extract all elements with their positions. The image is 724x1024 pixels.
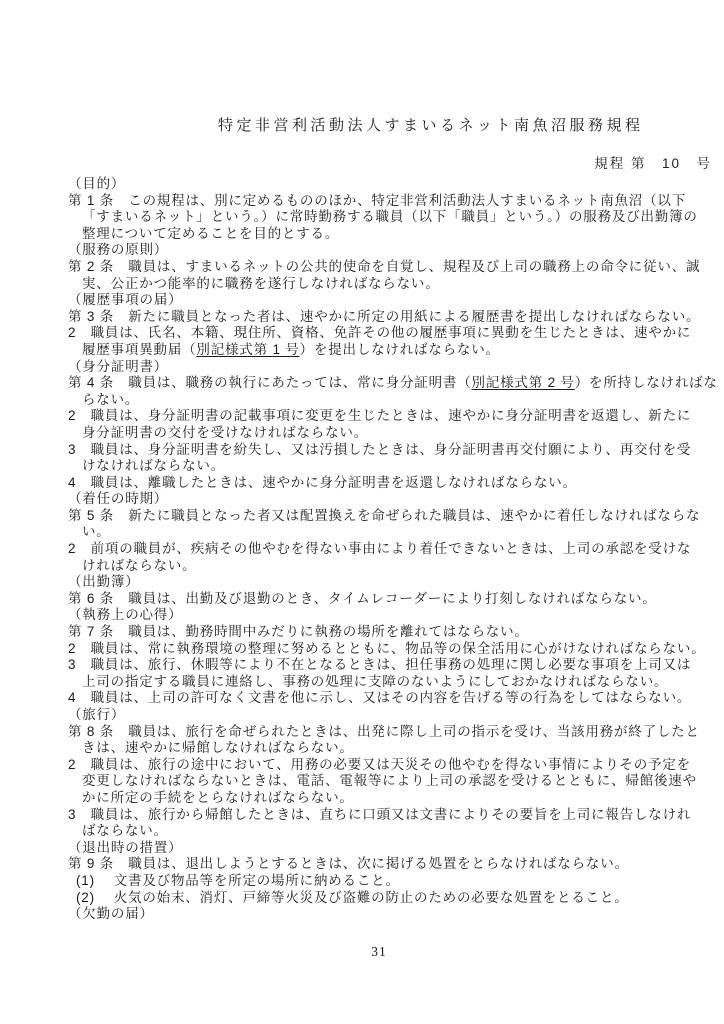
article-caption: （目的） [68, 176, 722, 193]
text-segment: かに所定の手続をとらなければならない。 [82, 790, 354, 805]
text-segment: ）を提出しなければならない。 [300, 342, 500, 357]
document-page: 特定非営利活動法人すまいるネット南魚沼服務規程 規程 第 10 号 （目的）第 … [0, 0, 724, 1024]
text-segment: 第 3 条 新たに職員となった者は、速やかに所定の用紙による履歴書を提出しなけれ… [68, 309, 700, 324]
text-segment: 第 4 条 職員は、職務の執行にあたっては、常に身分証明書（ [68, 375, 472, 390]
article-paragraph: 3 職員は、旅行から帰館したときは、直ちに口頭又は文書によりその要旨を上司に報告… [68, 807, 722, 840]
article-caption: （着任の時期） [68, 491, 722, 508]
text-segment: 上司の指定する職員に連絡し、事務の処理に支障のないようにしておかなければならない… [82, 674, 668, 689]
article-paragraph: 第 7 条 職員は、勤務時間中みだりに執務の場所を離れてはならない。 [68, 624, 722, 641]
list-item: (1) 文書及び物品等を所定の場所に納めること。 [68, 873, 722, 890]
article-caption: （欠勤の届） [68, 906, 722, 923]
article-paragraph: 4 職員は、上司の許可なく文書を他に示し、又はその内容を告げる等の行為をしてはな… [68, 690, 722, 707]
text-segment: （身分証明書） [68, 359, 168, 374]
article-paragraph: 第 3 条 新たに職員となった者は、速やかに所定の用紙による履歴書を提出しなけれ… [68, 309, 722, 326]
text-segment: （目的） [68, 176, 125, 191]
text-segment: ）を所持しなければな [575, 375, 718, 390]
article-caption: （履歴事項の届） [68, 292, 722, 309]
article-caption: （退出時の措置） [68, 840, 722, 857]
document-body: （目的）第 1 条 この規程は、別に定めるもののほか、特定非営利活動法人すまいる… [68, 176, 722, 923]
article-paragraph: 3 職員は、身分証明書を紛失し、又は汚損したときは、身分証明書再交付願により、再… [68, 442, 722, 475]
text-segment: （執務上の心得） [68, 607, 182, 622]
text-segment: 身分証明書の交付を受けなければならない。 [82, 425, 368, 440]
text-segment: けなければならない。 [82, 458, 225, 473]
text-segment: （旅行） [68, 707, 125, 722]
text-segment: 2 職員は、常に執務環境の整理に努めるとともに、物品等の保全活用に心がけなければ… [68, 641, 706, 656]
text-segment: （服務の原則） [68, 242, 168, 257]
text-segment: い。 [82, 524, 111, 539]
text-segment: 第 1 条 この規程は、別に定めるもののほか、特定非営利活動法人すまいるネット南… [68, 193, 686, 208]
text-segment: らない。 [82, 392, 139, 407]
text-segment: 第 9 条 職員は、退出しようとするときは、次に掲げる処置をとらなければならない… [68, 856, 629, 871]
article-paragraph: 2 職員は、氏名、本籍、現住所、資格、免許その他の履歴事項に異動を生じたときは、… [68, 325, 722, 358]
article-paragraph: 2 職員は、身分証明書の記載事項に変更を生じたときは、速やかに身分証明書を返還し… [68, 408, 722, 441]
article-caption: （旅行） [68, 707, 722, 724]
text-segment: 第 6 条 職員は、出勤及び退勤のとき、タイムレコーダーにより打刻しなければなら… [68, 591, 657, 606]
text-segment: 2 職員は、旅行の途中において、用務の必要又は天災その他やむを得ない事情によりそ… [68, 757, 691, 772]
text-segment: 3 職員は、旅行から帰館したときは、直ちに口頭又は文書によりその要旨を上司に報告… [68, 807, 691, 822]
text-segment: (2) 火気の始末、消灯、戸締等火災及び盗難の防止のための必要な処置をとること。 [76, 890, 629, 905]
article-paragraph: 第 1 条 この規程は、別に定めるもののほか、特定非営利活動法人すまいるネット南… [68, 193, 722, 243]
text-segment: 変更しなければならないときは、電話、電報等により上司の承認を受けるとともに、帰館… [82, 773, 697, 788]
text-segment: 2 職員は、身分証明書の記載事項に変更を生じたときは、速やかに身分証明書を返還し… [68, 408, 691, 423]
list-item: (2) 火気の始末、消灯、戸締等火災及び盗難の防止のための必要な処置をとること。 [68, 890, 722, 907]
text-segment: （履歴事項の届） [68, 292, 182, 307]
article-paragraph: 第 8 条 職員は、旅行を命ぜられたときは、出発に際し上司の指示を受け、当該用務… [68, 724, 722, 757]
text-segment: 第 7 条 職員は、勤務時間中みだりに執務の場所を離れてはならない。 [68, 624, 529, 639]
article-caption: （身分証明書） [68, 359, 722, 376]
form-reference-underlined: 別記様式第 1 号 [196, 342, 299, 357]
text-segment: ばならない。 [82, 823, 168, 838]
article-paragraph: 3 職員は、旅行、休暇等により不在となるときは、担任事務の処理に関し必要な事項を… [68, 657, 722, 690]
text-segment: 4 職員は、離職したときは、速やかに身分証明書を返還しなければならない。 [68, 475, 577, 490]
article-paragraph: 2 職員は、旅行の途中において、用務の必要又は天災その他やむを得ない事情によりそ… [68, 757, 722, 807]
article-paragraph: 第 9 条 職員は、退出しようとするときは、次に掲げる処置をとらなければならない… [68, 856, 722, 873]
article-caption: （執務上の心得） [68, 607, 722, 624]
text-segment: (1) 文書及び物品等を所定の場所に納めること。 [76, 873, 400, 888]
article-paragraph: 第 2 条 職員は、すまいるネットの公共的使命を自覚し、規程及び上司の職務上の命… [68, 259, 722, 292]
text-segment: 整理について定めることを目的とする。 [82, 226, 339, 241]
text-segment: 履歴事項異動届（ [82, 342, 196, 357]
text-segment: 2 職員は、氏名、本籍、現住所、資格、免許その他の履歴事項に異動を生じたときは、… [68, 325, 691, 340]
text-segment: 2 前項の職員が、疾病その他やむを得ない事由により着任できないときは、上司の承認… [68, 541, 691, 556]
text-segment: （退出時の措置） [68, 840, 182, 855]
text-segment: 実、公正かつ能率的に職務を遂行しなければならない。 [82, 276, 440, 291]
text-segment: （出勤簿） [68, 574, 140, 589]
form-reference-underlined: 別記様式第 2 号 [472, 375, 575, 390]
page-title: 特定非営利活動法人すまいるネット南魚沼服務規程 [218, 114, 644, 135]
text-segment: ければならない。 [82, 558, 196, 573]
article-caption: （出勤簿） [68, 574, 722, 591]
article-caption: （服務の原則） [68, 242, 722, 259]
text-segment: 第 5 条 新たに職員となった者又は配置換えを命ぜられた職員は、速やかに着任しな… [68, 508, 700, 523]
text-segment: 「すまいるネット」という。）に常時勤務する職員（以下「職員」という。）の服務及び… [82, 209, 698, 224]
article-paragraph: 4 職員は、離職したときは、速やかに身分証明書を返還しなければならない。 [68, 475, 722, 492]
page-number: 31 [68, 944, 690, 960]
text-segment: 第 8 条 職員は、旅行を命ぜられたときは、出発に際し上司の指示を受け、当該用務… [68, 724, 700, 739]
text-segment: 4 職員は、上司の許可なく文書を他に示し、又はその内容を告げる等の行為をしてはな… [68, 690, 691, 705]
article-paragraph: 第 6 条 職員は、出勤及び退勤のとき、タイムレコーダーにより打刻しなければなら… [68, 591, 722, 608]
article-paragraph: 2 職員は、常に執務環境の整理に努めるとともに、物品等の保全活用に心がけなければ… [68, 641, 722, 658]
article-paragraph: 第 4 条 職員は、職務の執行にあたっては、常に身分証明書（別記様式第 2 号）… [68, 375, 722, 408]
text-segment: 3 職員は、旅行、休暇等により不在となるときは、担任事務の処理に関し必要な事項を… [68, 657, 691, 672]
text-segment: （欠勤の届） [68, 906, 154, 921]
article-paragraph: 2 前項の職員が、疾病その他やむを得ない事由により着任できないときは、上司の承認… [68, 541, 722, 574]
doc-number: 規程 第 10 号 [68, 152, 712, 172]
text-segment: （着任の時期） [68, 491, 168, 506]
text-segment: きは、速やかに帰館しなければならない。 [82, 740, 354, 755]
text-segment: 第 2 条 職員は、すまいるネットの公共的使命を自覚し、規程及び上司の職務上の命… [68, 259, 700, 274]
text-segment: 3 職員は、身分証明書を紛失し、又は汚損したときは、身分証明書再交付願により、再… [68, 442, 691, 457]
article-paragraph: 第 5 条 新たに職員となった者又は配置換えを命ぜられた職員は、速やかに着任しな… [68, 508, 722, 541]
